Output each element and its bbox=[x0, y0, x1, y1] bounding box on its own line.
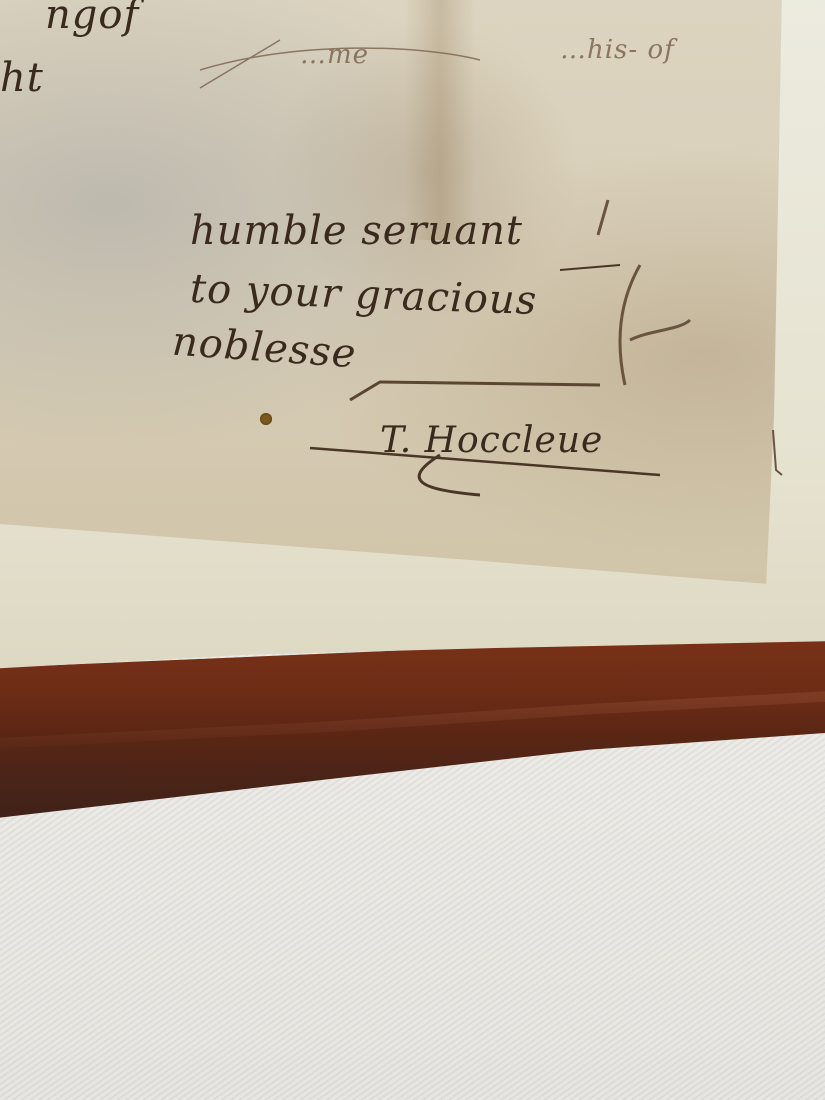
ink-flourishes bbox=[0, 0, 825, 1100]
